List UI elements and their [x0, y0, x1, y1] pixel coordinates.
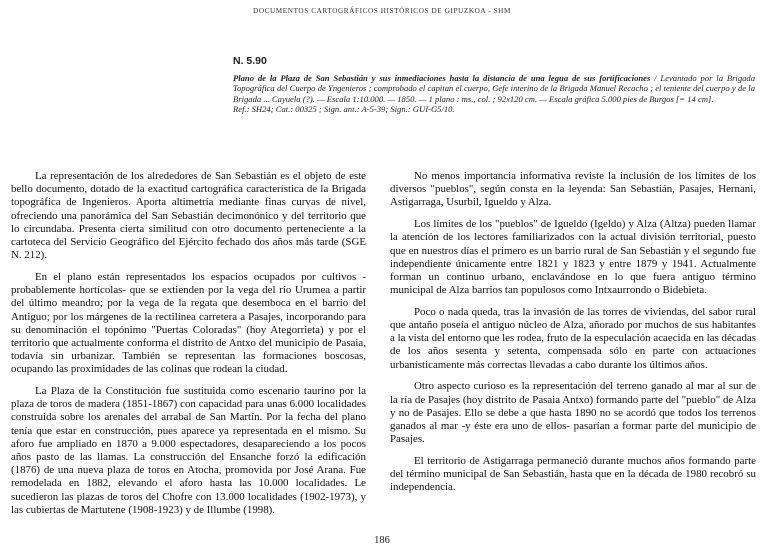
catalog-entry: N. 5.90 Plano de la Plaza de San Sebasti…: [233, 55, 755, 115]
paragraph: La representación de los alrededores de …: [11, 170, 366, 262]
running-head: DOCUMENTOS CARTOGRÁFICOS HISTÓRICOS DE G…: [0, 7, 764, 15]
entry-description-block: Plano de la Plaza de San Sebastián y sus…: [233, 73, 755, 115]
right-column: No menos importancia informativa reviste…: [390, 170, 756, 503]
paragraph: No menos importancia informativa reviste…: [390, 170, 756, 210]
page-number: 186: [0, 535, 764, 546]
paragraph: Otro aspecto curioso es la representació…: [390, 380, 756, 446]
left-column: La representación de los alrededores de …: [11, 170, 366, 526]
paragraph: En el plano están representados los espa…: [11, 271, 366, 377]
entry-title: Plano de la Plaza de San Sebastián y sus…: [233, 73, 650, 83]
entry-reference: Ref.: SH24; Cat.: 00325 ; Sign. ant.: A-…: [233, 104, 455, 114]
paragraph: El territorio de Astigarraga permaneció …: [390, 455, 756, 495]
paragraph: Poco o nada queda, tras la invasión de l…: [390, 306, 756, 372]
paragraph: La Plaza de la Constitución fue sustitui…: [11, 385, 366, 517]
paragraph: Los límites de los "pueblos" de Igueldo …: [390, 218, 756, 297]
entry-number: N. 5.90: [233, 55, 755, 67]
